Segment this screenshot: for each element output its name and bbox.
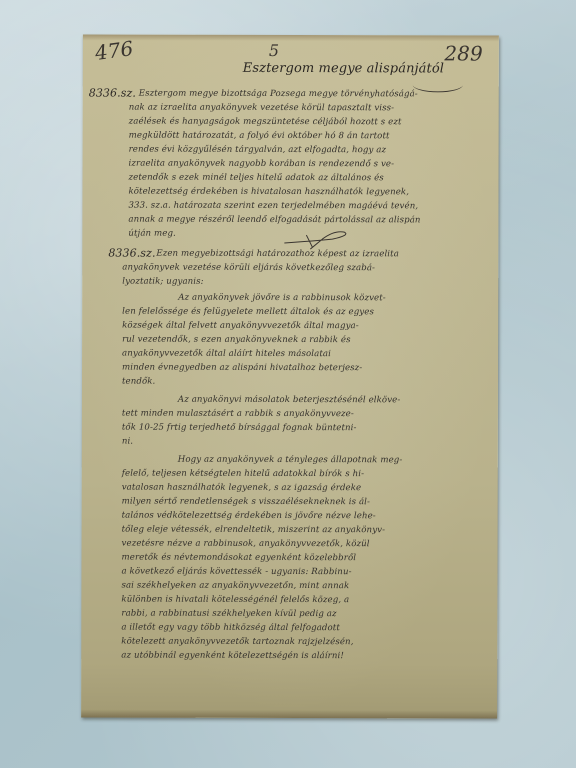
entry-line: tőleg eleje vétessék, elrendeltetik, mis… bbox=[122, 525, 386, 536]
entry-line: zetendők s ezek minél teljes hitelű adat… bbox=[129, 173, 384, 184]
entry-line: rul vezetendők, s ezen anyakönyveknek a … bbox=[122, 335, 351, 346]
entry-line: 333. sz.a. határozata szerint ezen terje… bbox=[128, 201, 418, 212]
entry-line: tett minden mulasztásért a rabbik s anya… bbox=[122, 409, 354, 420]
entry-line: anyakönyvek vezetése körüli eljárás köve… bbox=[122, 263, 375, 274]
entry-line: ni. bbox=[122, 437, 133, 447]
entry-line: Az anyakönyvi másolatok beterjesztésénél… bbox=[178, 395, 400, 406]
entry-line: len felelőssége és felügyelete mellett á… bbox=[122, 307, 374, 318]
entry-line: rendes évi közgyűlésén tárgyalván, azt e… bbox=[129, 145, 387, 156]
entry-2: 8336.sz. Ezen megyebizottsági határozath… bbox=[83, 34, 499, 35]
entry-line: a illetőt egy vagy több hitközség által … bbox=[121, 623, 340, 634]
header-flourish-mark bbox=[413, 77, 463, 92]
entry-line: nak az izraelita anyakönyvek vezetése kö… bbox=[129, 103, 395, 114]
document-sheet: 476 5 289 Esztergom megye alispánjától 8… bbox=[81, 34, 499, 718]
entry-line: milyen sértő rendetlenségek s visszaélés… bbox=[122, 497, 370, 508]
entry-line: a következő eljárás követtessék - ugyani… bbox=[121, 567, 351, 578]
entry-line: minden évnegyedben az alispáni hivatalho… bbox=[122, 363, 362, 374]
entry-line: felelő, teljesen kétségtelen hitelű adat… bbox=[122, 469, 364, 480]
entry-line: Az anyakönyvek jövőre is a rabbinusok kö… bbox=[178, 293, 386, 304]
entry-1: 8336.sz. Esztergom megye bizottsága Pozs… bbox=[83, 34, 499, 35]
entry-line: lyoztatik; ugyanis: bbox=[122, 277, 203, 287]
entry-line: vatalosan használhatók legyenek, s az ig… bbox=[122, 483, 362, 494]
entry-line: tők 10-25 frtig terjedhető bírsággal fog… bbox=[122, 423, 357, 434]
entry-line: különben is hivatali kötelességénél fele… bbox=[121, 595, 349, 606]
entry-line: Ezen megyebizottsági határozathoz képest… bbox=[156, 249, 399, 260]
entry-line: megküldött határozatát, a folyó évi októ… bbox=[129, 131, 390, 142]
entry-line: rabbi, a rabbinatusi székhelyeken kívül … bbox=[121, 609, 336, 620]
entry-line: útján meg. bbox=[128, 229, 176, 239]
entry-line: izraelita anyakönyvek nagyobb korában is… bbox=[129, 159, 395, 170]
entry-line: községek által felvett anyakönyvvezetők … bbox=[122, 321, 359, 332]
entry-line: az utóbbinál egyenként kötelezettségén i… bbox=[121, 651, 344, 662]
entry-line: Esztergom megye bizottsága Pozsega megye… bbox=[139, 89, 418, 100]
entry-line: sai székhelyeken az anyakönyvvezetőn, mi… bbox=[121, 581, 349, 592]
entry-number: 8336.sz. bbox=[108, 247, 155, 260]
folio-number: 289 bbox=[444, 41, 483, 65]
entry-line: annak a megye részéről leendő elfogadásá… bbox=[128, 215, 420, 226]
entry-line: kötelezettség érdekében is hivatalosan h… bbox=[128, 187, 409, 198]
document-header-title: Esztergom megye alispánjától bbox=[243, 61, 444, 77]
sheet-number: 5 bbox=[269, 41, 279, 60]
entry-line: tendők. bbox=[122, 377, 155, 387]
entry-line: Hogy az anyakönyvek a tényleges állapotn… bbox=[178, 455, 403, 466]
entry-line: vezetésre nézve a rabbinusok, anyakönyvv… bbox=[122, 539, 370, 550]
archive-number: 476 bbox=[93, 36, 134, 65]
entry-line: meretők és névtemondásokat egyenként köz… bbox=[122, 553, 357, 564]
entry-number: 8336.sz. bbox=[89, 86, 136, 99]
entry-line: talános védkötelezettség érdekében is jö… bbox=[122, 511, 376, 522]
entry-line: zaélések és hanyagságok megszüntetése cé… bbox=[129, 117, 402, 128]
entry-line: anyakönyvvezetők által aláírt hiteles má… bbox=[122, 349, 331, 360]
entry-line: kötelezett anyakönyvvezetők tartoznak ra… bbox=[121, 637, 353, 648]
